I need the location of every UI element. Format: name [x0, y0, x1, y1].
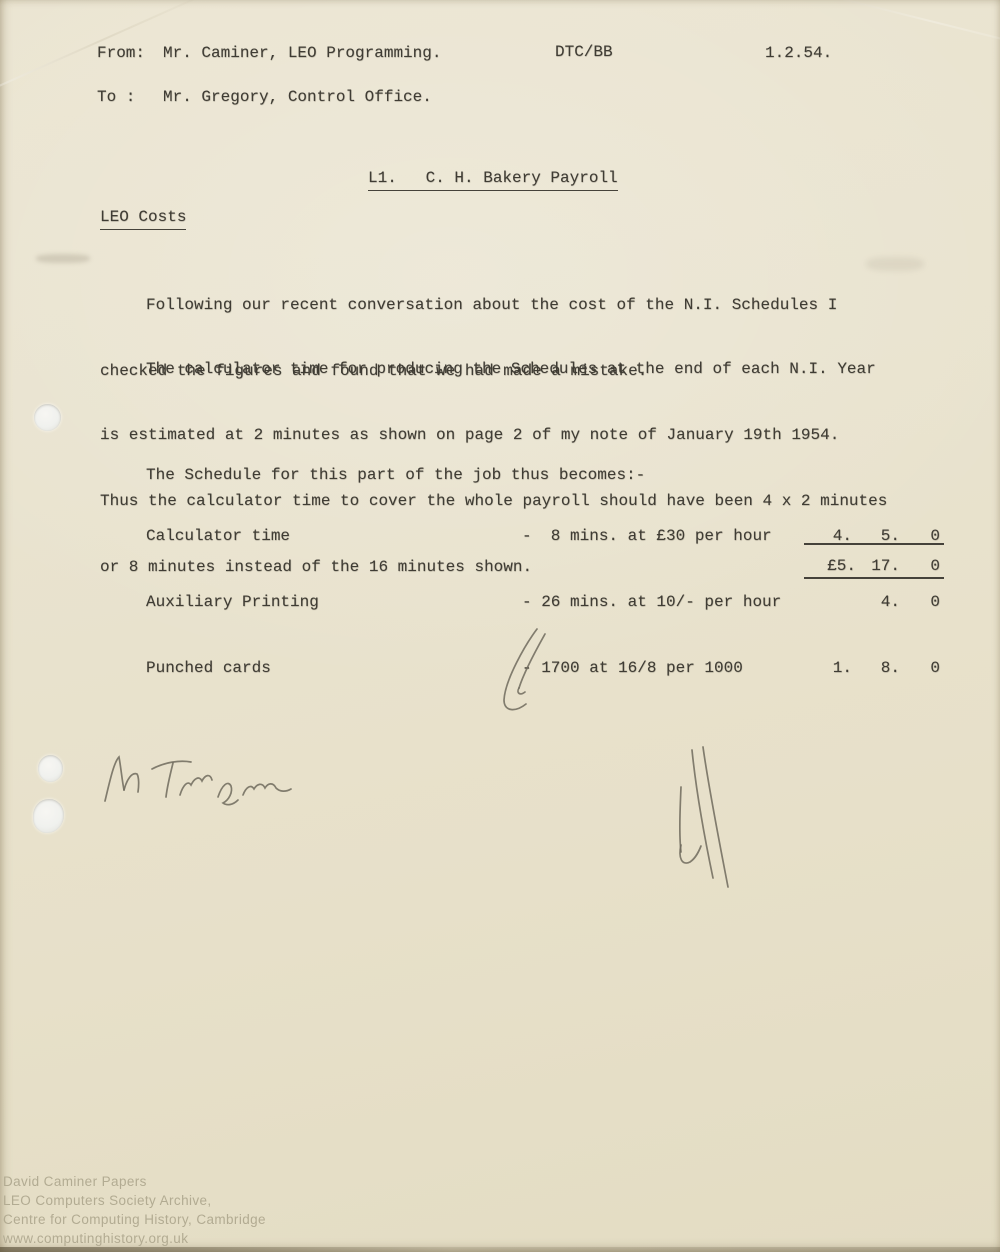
table-row: Auxiliary Printing - 26 mins. at 10/- pe…	[146, 591, 946, 613]
detail-cell: - 8 mins. at £30 per hour	[522, 525, 822, 547]
total-pounds: £5.	[822, 555, 856, 577]
subject-heading: LEO Costs	[100, 206, 186, 230]
amount-shillings: 4.	[852, 591, 900, 613]
watermark-line: Centre for Computing History, Cambridge	[3, 1210, 266, 1229]
from-value: Mr. Caminer, LEO Programming.	[163, 42, 441, 64]
total-shillings: 17.	[856, 555, 900, 577]
detail-cell: - 1700 at 16/8 per 1000	[522, 657, 822, 679]
item-cell: Calculator time	[146, 525, 522, 547]
paragraph-line: The calculator time for producing the Sc…	[100, 358, 887, 380]
watermark-line: David Caminer Papers	[3, 1172, 266, 1191]
total-pence: 0	[900, 555, 940, 577]
amount-pounds: 1.	[822, 657, 852, 679]
archive-watermark: David Caminer Papers LEO Computers Socie…	[3, 1172, 266, 1248]
item-cell: Auxiliary Printing	[146, 591, 522, 613]
table-row: Punched cards - 1700 at 16/8 per 1000 1.…	[146, 657, 946, 679]
to-value: Mr. Gregory, Control Office.	[163, 86, 432, 108]
memo-date: 1.2.54.	[765, 42, 832, 64]
punch-hole	[38, 755, 63, 782]
ink-smudge	[866, 257, 924, 271]
to-label: To :	[97, 86, 135, 108]
punch-hole	[34, 404, 61, 431]
watermark-line: www.computinghistory.org.uk	[3, 1229, 266, 1248]
amount-pence: 0	[900, 591, 940, 613]
ref-code: DTC/BB	[555, 41, 613, 63]
scanned-memo-page: From: Mr. Caminer, LEO Programming. DTC/…	[0, 0, 1000, 1252]
page-bottom-edge	[0, 1247, 1000, 1252]
schedule-table: Calculator time - 8 mins. at £30 per hou…	[146, 481, 946, 789]
total-rule	[804, 577, 944, 579]
amount-pence: 0	[900, 657, 940, 679]
paragraph-line: Following our recent conversation about …	[100, 294, 837, 316]
from-label: From:	[97, 42, 145, 64]
amount-pounds	[822, 591, 852, 613]
detail-cell: - 26 mins. at 10/- per hour	[522, 591, 822, 613]
item-cell: Punched cards	[146, 657, 522, 679]
sum-rule	[804, 543, 944, 545]
total-row: £5. 17. 0	[146, 555, 946, 577]
punch-hole	[33, 799, 64, 833]
watermark-line: LEO Computers Society Archive,	[3, 1191, 266, 1210]
amount-shillings: 8.	[852, 657, 900, 679]
doc-title: L1. C. H. Bakery Payroll	[368, 167, 618, 191]
ink-smudge	[36, 254, 90, 263]
